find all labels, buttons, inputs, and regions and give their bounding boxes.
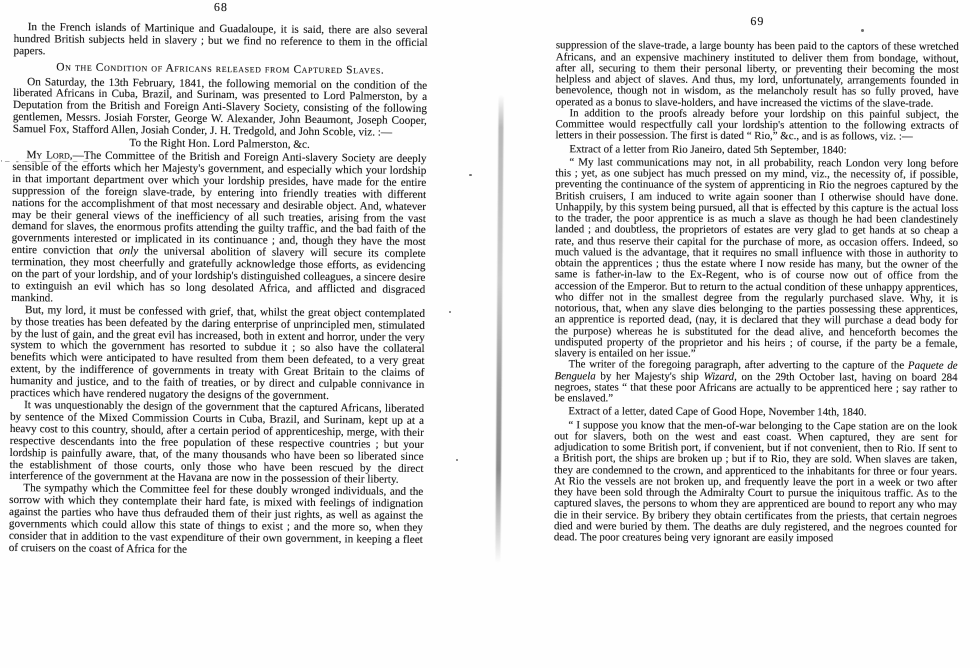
scanned-book-spread: ·– - –– — — – – 68 In the French islands…	[0, 0, 980, 668]
paragraph-in-addition-proofs: In addition to the proofs already before…	[555, 108, 958, 143]
paragraph-my-lord-committee: My Lord,—The Committee of the British an…	[11, 150, 426, 309]
paragraph-confessed-with-grief: But, my lord, it must be confessed with …	[10, 305, 425, 404]
paragraph-rio-letter: “ My last communications may not, in all…	[555, 157, 959, 361]
paragraph-writer-foregoing: The writer of the foregoing paragraph, a…	[554, 359, 957, 406]
section-heading-condition-of-africans: On the Condition of Africans released fr…	[13, 62, 427, 78]
page-number-left: 68	[14, 0, 428, 16]
emphasis-only: only	[119, 245, 138, 257]
paragraph-memorial-presented: On Saturday, the 13th February, 1841, th…	[13, 77, 428, 141]
page-68: 68 In the French islands of Martinique a…	[8, 0, 428, 668]
scan-speck	[469, 174, 472, 176]
address-opening: My Lord,	[26, 149, 72, 161]
paragraph-french-islands: In the French islands of Martinique and …	[13, 22, 427, 62]
extract-heading-rio-janeiro: Extract of a letter from Rio Janeiro, da…	[555, 144, 958, 157]
page-69: 69 suppression of the slave-trade, a lar…	[553, 0, 959, 668]
paragraph-design-of-government: It was unquestionably the design of the …	[9, 400, 424, 487]
scan-speck	[456, 459, 458, 461]
scan-speck	[449, 311, 451, 313]
paragraph-suppression-bounty: suppression of the slave-trade, a large …	[556, 40, 959, 109]
paragraph-text: —The Committee of the British and Foreig…	[12, 150, 427, 258]
book-gutter-shadow	[495, 95, 503, 563]
page-number-right: 69	[556, 15, 959, 28]
paragraph-sympathy-of-committee: The sympathy which the Committee feel fo…	[9, 483, 424, 558]
paragraph-cape-letter: “ I suppose you know that the men-of-war…	[554, 420, 957, 545]
extract-heading-cape-of-good-hope: Extract of a letter, dated Cape of Good …	[554, 406, 957, 419]
